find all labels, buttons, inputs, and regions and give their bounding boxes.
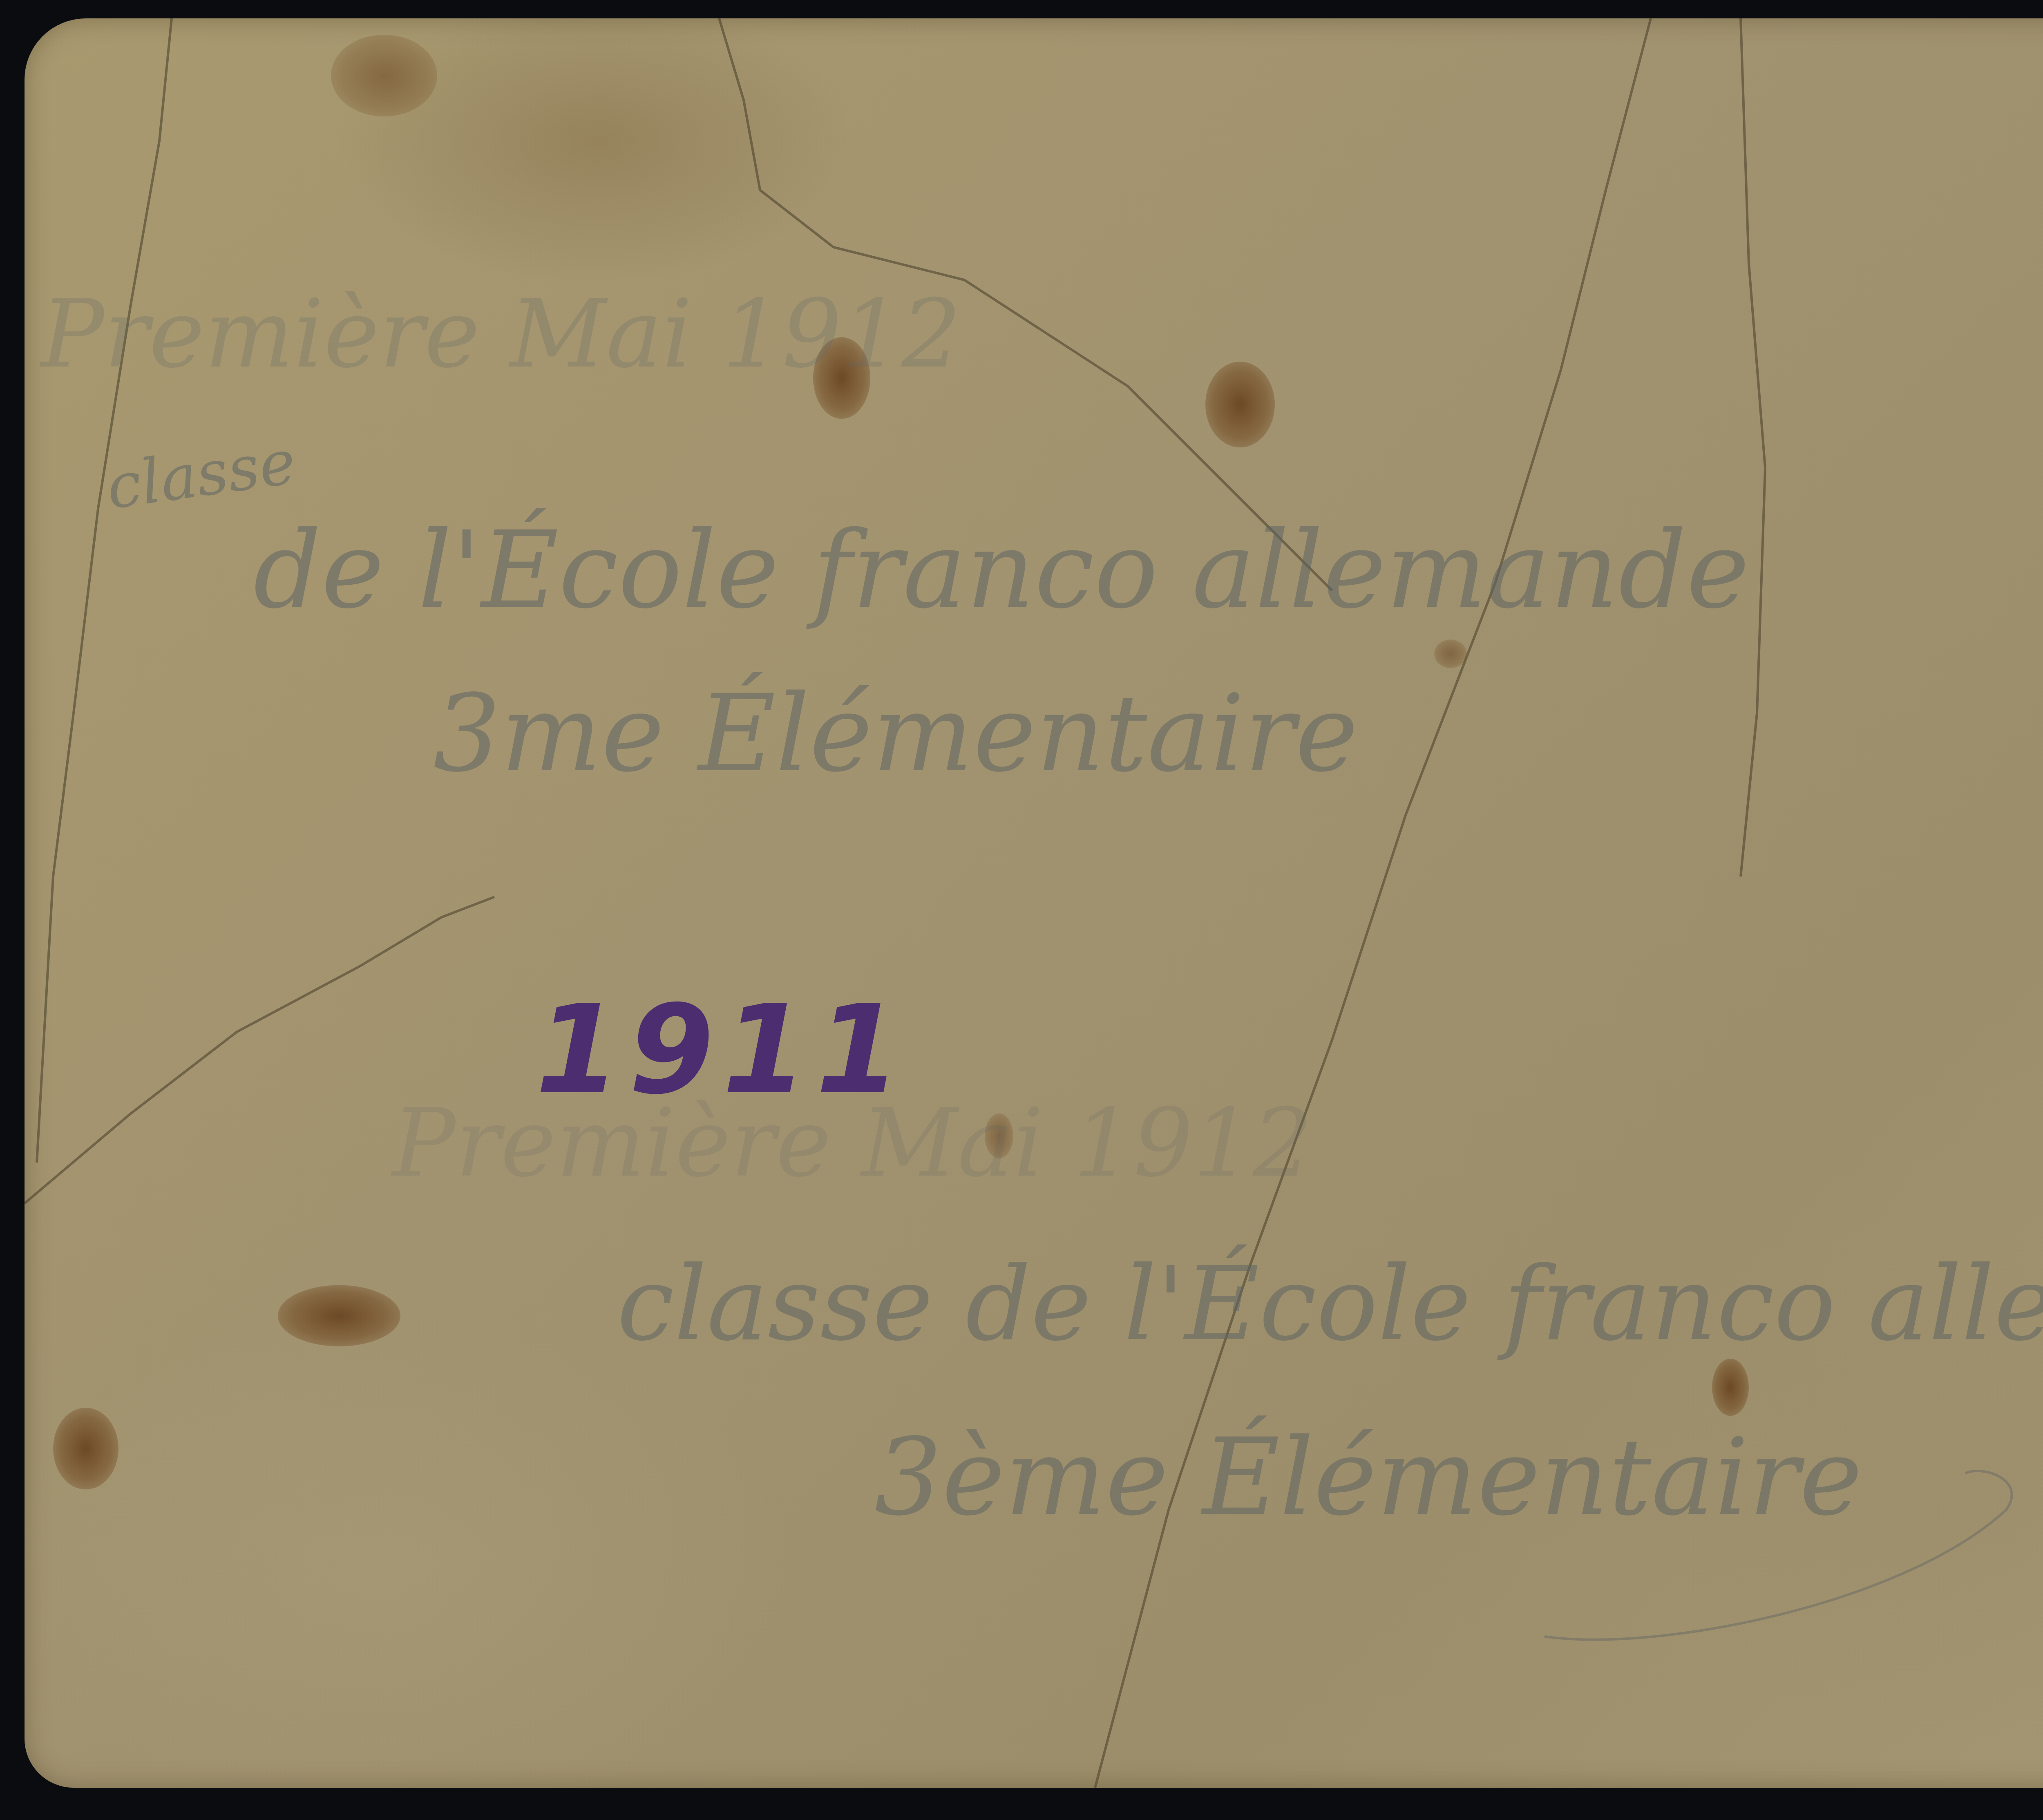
stain-spot xyxy=(1205,362,1275,447)
stain-spot xyxy=(331,35,437,116)
stain-spot xyxy=(278,1285,400,1346)
underline-flourish xyxy=(1536,1449,2027,1653)
upper-line2: de l'École franco allemande xyxy=(253,509,1749,632)
stain-spot xyxy=(53,1408,118,1489)
lower-line1: Première Mai 1912 xyxy=(392,1089,1312,1198)
stain-spot xyxy=(1712,1359,1749,1416)
upper-line3: 3me Élémentaire xyxy=(433,672,1358,796)
stain-spot xyxy=(1434,639,1467,668)
card-back: Première Mai 1912 classe de l'École fran… xyxy=(25,18,2043,1788)
upper-line1: Première Mai 1912 xyxy=(41,280,961,389)
lower-line2: classe de l'École franco allemande xyxy=(617,1244,2043,1363)
